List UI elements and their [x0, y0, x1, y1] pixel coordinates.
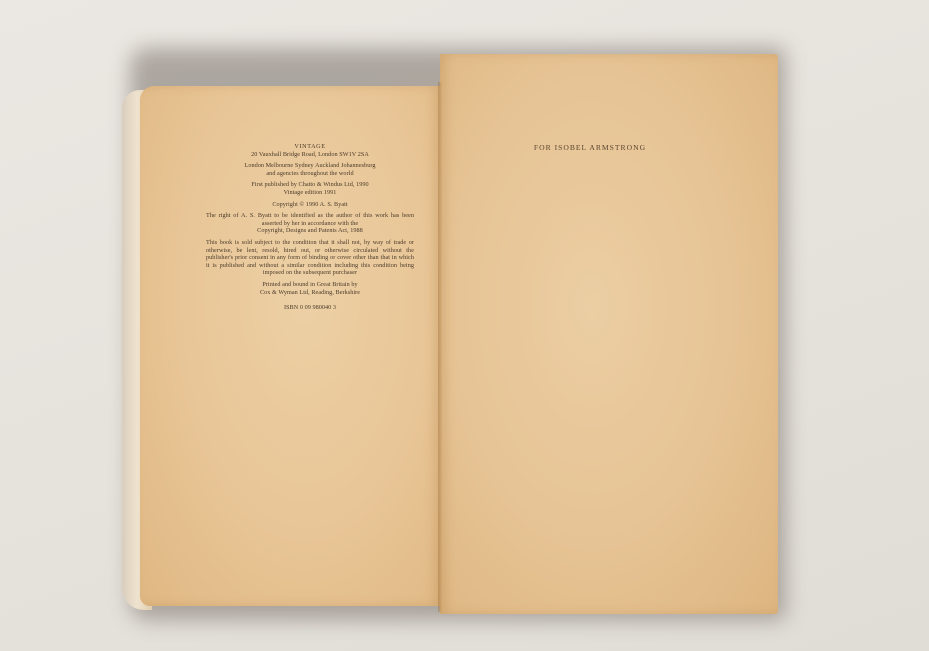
- dedication: FOR ISOBEL ARMSTRONG: [500, 143, 680, 152]
- printer-name: Cox & Wyman Ltd, Reading, Berkshire: [206, 289, 414, 297]
- first-published: First published by Chatto & Windus Ltd, …: [206, 181, 414, 189]
- open-book: VINTAGE 20 Vauxhall Bridge Road, London …: [0, 0, 929, 651]
- publisher-agencies: and agencies throughout the world: [206, 170, 414, 178]
- edition-line: Vintage edition 1991: [206, 189, 414, 197]
- copyright-act: Copyright, Designs and Patents Act, 1988: [206, 227, 414, 235]
- copyright-imprint: VINTAGE 20 Vauxhall Bridge Road, London …: [206, 143, 414, 312]
- moral-rights: The right of A. S. Byatt to be identifie…: [206, 212, 414, 227]
- publisher-locations: London Melbourne Sydney Auckland Johanne…: [206, 162, 414, 170]
- publisher-name: VINTAGE: [206, 143, 414, 151]
- printed-line: Printed and bound in Great Britain by: [206, 281, 414, 289]
- book-gutter: [438, 82, 442, 612]
- isbn: ISBN 0 09 980040 3: [206, 304, 414, 312]
- publisher-address: 20 Vauxhall Bridge Road, London SW1V 2SA: [206, 151, 414, 159]
- sale-conditions: This book is sold subject to the conditi…: [206, 239, 414, 277]
- right-page: [440, 54, 778, 614]
- copyright-line: Copyright © 1990 A. S. Byatt: [206, 201, 414, 209]
